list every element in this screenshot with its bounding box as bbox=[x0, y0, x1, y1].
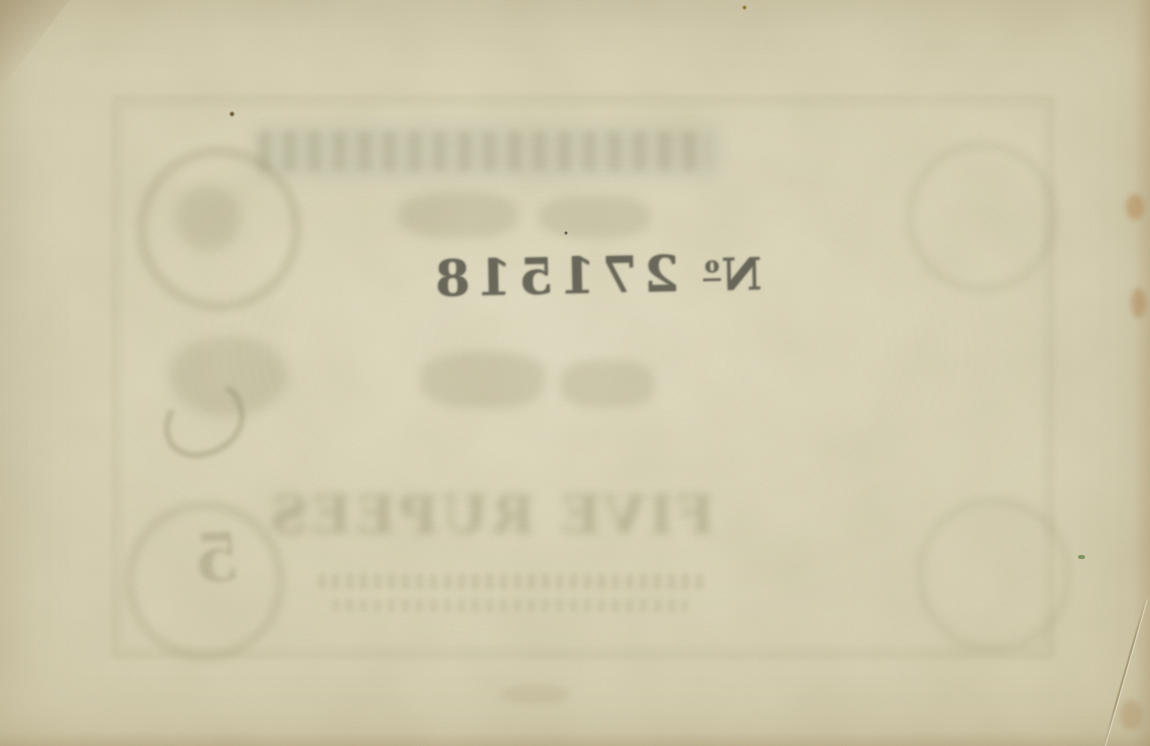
rust-stain-1 bbox=[1126, 194, 1144, 220]
ghost-medallion-bottom-right bbox=[915, 496, 1073, 654]
ghost-denomination-band: FIVE RUPEES bbox=[268, 484, 713, 546]
serial-number-stamp-text: No 271518 bbox=[395, 242, 762, 320]
ghost-title-band bbox=[258, 131, 710, 171]
rust-stain-corner bbox=[1120, 700, 1142, 730]
ghost-center-script-right bbox=[560, 360, 655, 408]
small-ink-dot bbox=[564, 231, 568, 235]
stamp-prefix: No bbox=[702, 249, 762, 301]
serial-number-stamp: No 271518 bbox=[395, 242, 762, 320]
stamp-serial-digits: 271518 bbox=[428, 244, 680, 308]
ghost-small-text-line-2 bbox=[332, 599, 688, 612]
ghost-corner-numeral: 5 bbox=[148, 518, 242, 603]
ghost-ornament-script-right bbox=[540, 196, 650, 238]
rust-stain-2 bbox=[1131, 288, 1146, 318]
ghost-medallion-top-left-center bbox=[175, 185, 241, 251]
brown-speck-top bbox=[742, 5, 747, 10]
ghost-ornament-script-left bbox=[398, 192, 518, 238]
faint-bottom-stain bbox=[500, 684, 570, 704]
ghost-center-script-left bbox=[420, 352, 545, 408]
green-speck bbox=[1078, 555, 1085, 559]
ghost-small-text-line-1 bbox=[318, 574, 706, 589]
corner-fold-shadow bbox=[0, 0, 70, 90]
banknote-reverse-scan: FIVE RUPEES 5 No 271518 bbox=[0, 0, 1150, 746]
ghost-medallion-top-right bbox=[905, 140, 1059, 294]
stamp-ordinal-mark: o bbox=[703, 252, 721, 281]
dark-speck bbox=[229, 111, 235, 117]
bottom-edge-darkening bbox=[0, 732, 1150, 746]
